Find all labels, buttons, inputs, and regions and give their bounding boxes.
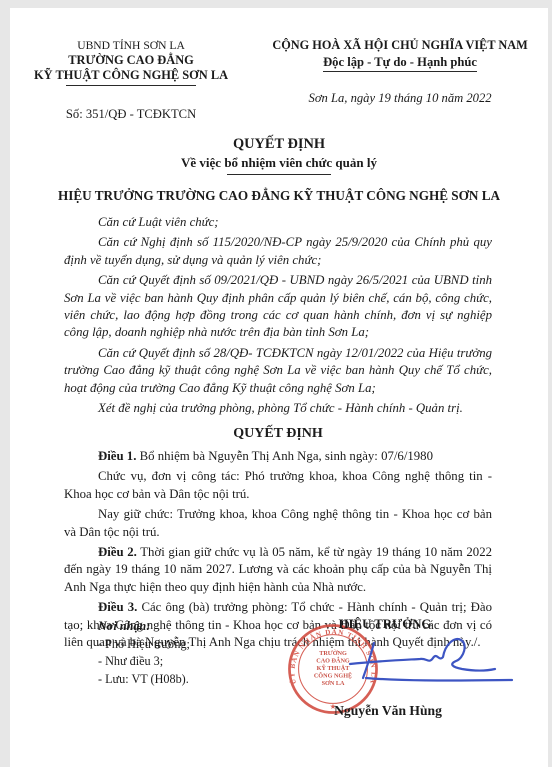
document-number: Số: 351/QĐ - TCĐKTCN bbox=[10, 107, 252, 122]
national-motto: Độc lập - Tự do - Hạnh phúc bbox=[323, 55, 477, 73]
recipients-label: Nơi nhận: bbox=[98, 618, 190, 636]
place-date-line: Sơn La, ngày 19 tháng 10 năm 2022 bbox=[252, 91, 548, 107]
document-body: Căn cứ Luật viên chức; Căn cứ Nghị định … bbox=[10, 214, 548, 651]
article-text: Bổ nhiệm bà Nguyễn Thị Anh Nga, sinh ngà… bbox=[136, 449, 433, 463]
signer-title: HIỆU TRƯỞNG bbox=[293, 617, 477, 632]
org-underline-divider bbox=[66, 85, 196, 86]
national-title: CỘNG HOÀ XÃ HỘI CHỦ NGHĨA VIỆT NAM bbox=[252, 38, 548, 54]
article-paragraph: Điều 1. Bổ nhiệm bà Nguyễn Thị Anh Nga, … bbox=[64, 448, 492, 465]
article-label: Điều 2. bbox=[98, 545, 137, 559]
article-paragraph: Chức vụ, đơn vị công tác: Phó trưởng kho… bbox=[64, 468, 492, 503]
title-block: QUYẾT ĐỊNH Về việc bổ nhiệm viên chức qu… bbox=[10, 136, 548, 204]
recipients-block: Nơi nhận: - Phó Hiệu trưởng; - Như điều … bbox=[98, 618, 190, 688]
issuing-org-block: UBND TỈNH SƠN LA TRƯỜNG CAO ĐẲNG KỸ THUẬ… bbox=[10, 38, 252, 122]
screenshot-root: { "colors": { "stamp_red": "#d14a3e", "s… bbox=[0, 0, 552, 767]
decision-title: QUYẾT ĐỊNH bbox=[10, 136, 548, 153]
signer-name: Nguyễn Văn Hùng bbox=[293, 703, 483, 719]
article-paragraph: Điều 2. Thời gian giữ chức vụ là 05 năm,… bbox=[64, 544, 492, 596]
recipient-item: - Phó Hiệu trưởng; bbox=[98, 636, 190, 654]
article-text: Nay giữ chức: Trưởng khoa, khoa Công ngh… bbox=[64, 507, 492, 538]
recipient-item: - Như điều 3; bbox=[98, 653, 190, 671]
preamble-paragraph: Căn cứ Quyết định số 28/QĐ- TCĐKTCN ngày… bbox=[64, 345, 492, 397]
preamble-paragraph: Căn cứ Quyết định số 09/2021/QĐ - UBND n… bbox=[64, 272, 492, 342]
signature-scribble-icon bbox=[344, 633, 520, 687]
national-header-block: CỘNG HOÀ XÃ HỘI CHỦ NGHĨA VIỆT NAM Độc l… bbox=[252, 38, 548, 122]
org-parent-name: UBND TỈNH SƠN LA bbox=[10, 38, 252, 53]
document-page: UBND TỈNH SƠN LA TRƯỜNG CAO ĐẲNG KỸ THUẬ… bbox=[10, 8, 548, 767]
article-text: Chức vụ, đơn vị công tác: Phó trưởng kho… bbox=[64, 469, 492, 500]
recipient-item: - Lưu: VT (H08b). bbox=[98, 671, 190, 689]
org-name-line-2: KỸ THUẬT CÔNG NGHỆ SƠN LA bbox=[10, 68, 252, 83]
preamble-paragraph: Căn cứ Nghị định số 115/2020/NĐ-CP ngày … bbox=[64, 234, 492, 269]
preamble-paragraph: Xét đề nghị của trưởng phòng, phòng Tổ c… bbox=[64, 400, 492, 417]
document-footer: Nơi nhận: - Phó Hiệu trưởng; - Như điều … bbox=[10, 600, 548, 767]
preamble-paragraph: Căn cứ Luật viên chức; bbox=[64, 214, 492, 231]
article-paragraph: Nay giữ chức: Trưởng khoa, khoa Công ngh… bbox=[64, 506, 492, 541]
issuing-authority: HIỆU TRƯỞNG TRƯỜNG CAO ĐẲNG KỸ THUẬT CÔN… bbox=[10, 188, 548, 204]
org-name-line-1: TRƯỜNG CAO ĐẲNG bbox=[10, 53, 252, 68]
preamble-section: Căn cứ Luật viên chức; Căn cứ Nghị định … bbox=[64, 214, 492, 417]
decision-heading: QUYẾT ĐỊNH bbox=[64, 425, 492, 442]
svg-text:TRƯỜNG: TRƯỜNG bbox=[319, 649, 347, 657]
document-header: UBND TỈNH SƠN LA TRƯỜNG CAO ĐẲNG KỸ THUẬ… bbox=[10, 8, 548, 122]
article-label: Điều 1. bbox=[98, 449, 136, 463]
svg-text:SƠN LA: SƠN LA bbox=[322, 680, 345, 687]
subtitle-separator bbox=[227, 174, 331, 175]
decision-subtitle: Về việc bổ nhiệm viên chức quản lý bbox=[10, 155, 548, 171]
